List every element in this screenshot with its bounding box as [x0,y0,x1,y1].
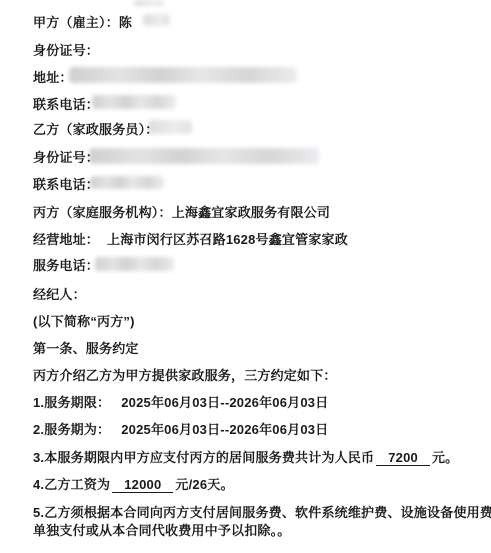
clause-intro: 丙方介绍乙方为甲方提供家政服务，三方约定如下： [33,368,337,383]
item4-prefix: 4.乙方工资为 [33,477,110,492]
party-c-address-line: 经营地址：上海市闵行区苏召路1628号鑫宜管家家政 [33,232,348,247]
party-c-address: 上海市闵行区苏召路1628号鑫宜管家家政 [107,232,348,247]
party-a-id-line: 身份证号： [33,43,99,58]
agent-line: 经纪人： [33,287,86,302]
contract-document: 甲方（雇主）：陈 身份证号： 地址： 联系电话： 乙方（家政服务员）： 身份证号… [0,0,491,553]
item5-line2: 单独支付或从本合同代收费用中予以扣除。。 [33,523,291,538]
party-b-id-label: 身份证号： [33,150,99,165]
party-a-phone-label: 联系电话： [33,97,99,112]
alias-note: (以下简称“丙方”) [33,314,135,329]
item5-text-1: 5.乙方须根据本合同向丙方支付居间服务费、软件系统维护费、设施设备使用费等费用共… [33,505,491,520]
clause-heading-line: 第一条、服务约定 [33,341,139,356]
alias-note-line: (以下简称“丙方”) [33,314,135,329]
item3-prefix: 3.本服务期限内甲方应支付丙方的居间服务费共计为人民币 [33,450,374,465]
redaction-service-phone [95,257,174,271]
party-b-phone-label: 联系电话： [33,177,99,192]
redaction-party-a-name [143,14,170,26]
redaction-party-a-address [69,67,297,83]
redaction-party-b-phone [90,176,164,189]
party-a-address-line: 地址： [33,70,73,85]
party-a-name: 陈 [119,15,132,30]
redaction-party-b-id [89,148,319,164]
party-b-label: 乙方（家政服务员）： [33,122,159,137]
party-a-label: 甲方（雇主）： [33,15,119,30]
item1-label: 1.服务期限： [33,395,110,410]
redaction-party-a-phone [92,95,176,109]
party-a-address-label: 地址： [33,70,73,85]
item1-value: 2025年06月03日--2026年06月03日 [121,395,328,410]
party-a-id-label: 身份证号： [33,43,99,58]
clause-heading: 第一条、服务约定 [33,341,139,356]
clause-intro-line: 丙方介绍乙方为甲方提供家政服务，三方约定如下： [33,368,337,383]
item4-amount: 12000 [112,478,173,493]
item4-line: 4.乙方工资为12000元/26天。 [33,477,234,492]
party-b-line: 乙方（家政服务员）： [33,122,159,137]
party-c-address-label: 经营地址： [33,232,99,247]
item2-label: 2.服务期为： [33,422,110,437]
item3-line: 3.本服务期限内甲方应支付丙方的居间服务费共计为人民币7200元。 [33,450,458,465]
agent-label: 经纪人： [33,287,86,302]
party-b-phone-line: 联系电话： [33,177,99,192]
item2-value: 2025年06月03日--2026年06月03日 [121,422,328,437]
party-c-line: 丙方（家庭服务机构）：上海鑫宜家政服务有限公司 [33,205,330,220]
party-c-name: 上海鑫宜家政服务有限公司 [172,205,330,220]
service-phone-line: 服务电话： [33,258,99,273]
item5-line1: 5.乙方须根据本合同向丙方支付居间服务费、软件系统维护费、设施设备使用费等费用共… [33,505,491,520]
item2-line: 2.服务期为：2025年06月03日--2026年06月03日 [33,422,328,437]
item3-suffix: 元。 [432,450,458,465]
item4-suffix: 元/26天。 [175,477,233,492]
service-phone-label: 服务电话： [33,258,99,273]
party-a-line: 甲方（雇主）：陈 [33,15,132,30]
item5-text-2: 单独支付或从本合同代收费用中予以扣除。。 [33,523,291,538]
party-a-phone-line: 联系电话： [33,97,99,112]
party-b-id-line: 身份证号： [33,150,99,165]
item1-line: 1.服务期限：2025年06月03日--2026年06月03日 [33,395,328,410]
party-c-label: 丙方（家庭服务机构）： [33,205,172,220]
redaction-top-remnant [134,0,164,6]
item3-amount: 7200 [376,451,430,466]
